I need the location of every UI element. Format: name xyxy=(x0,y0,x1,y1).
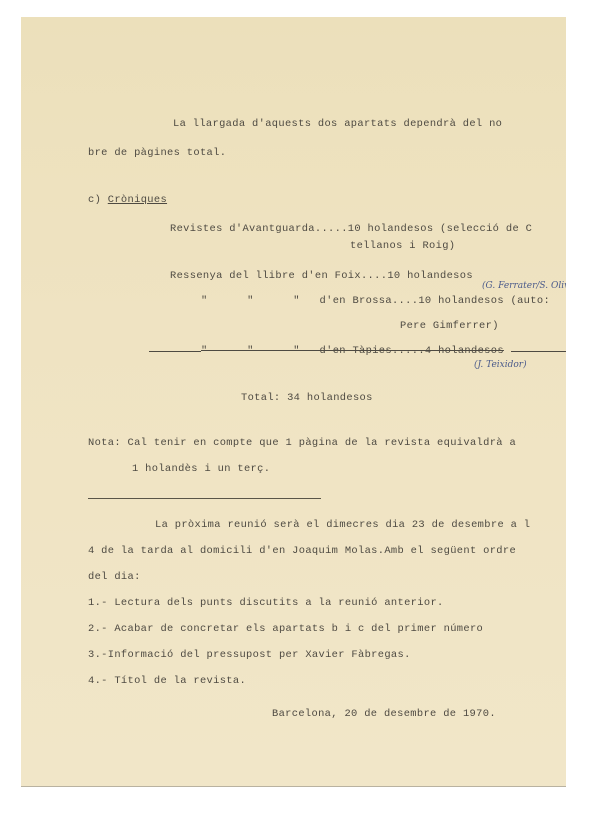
paragraph-length-line-1: La llargada d'aquests dos apartats depen… xyxy=(173,118,502,130)
agenda-item-2: 2.- Acabar de concretar els apartats b i… xyxy=(88,623,483,635)
note-line-2: 1 holandès i un terç. xyxy=(132,463,270,475)
item-revistes-line-2: tellanos i Roig) xyxy=(350,240,455,252)
item-brossa-line-1: " " " d'en Brossa....10 holandesos (auto… xyxy=(201,295,550,307)
strikethrough-lead xyxy=(149,351,201,352)
total-line: Total: 34 holandesos xyxy=(241,392,373,404)
section-label: c) xyxy=(88,194,108,206)
section-heading: c) Cròniques xyxy=(88,194,167,206)
section-title: Cròniques xyxy=(108,194,167,206)
signature-place-date: Barcelona, 20 de desembre de 1970. xyxy=(272,708,496,720)
item-foix: Ressenya del llibre d'en Foix....10 hola… xyxy=(170,270,473,282)
agenda-item-3: 3.-Informació del pressupost per Xavier … xyxy=(88,649,411,661)
handwritten-note-tapies: (J. Teixidor) xyxy=(474,360,527,370)
separator-rule xyxy=(88,498,321,499)
item-revistes-line-1: Revistes d'Avantguarda.....10 holandesos… xyxy=(170,223,532,235)
handwritten-note-foix: (G. Ferrater/S. Oliva xyxy=(482,281,566,291)
strikethrough-tail xyxy=(511,351,566,352)
agenda-item-4: 4.- Títol de la revista. xyxy=(88,675,246,687)
paragraph-length-line-2: bre de pàgines total. xyxy=(88,147,226,159)
item-tapies-struck: " " " d'en Tàpies.....4 holandesos xyxy=(201,345,504,357)
next-meeting-line-3: del dia: xyxy=(88,571,141,583)
next-meeting-line-1: La pròxima reunió serà el dimecres dia 2… xyxy=(155,519,530,531)
item-brossa-line-2: Pere Gimferrer) xyxy=(400,320,499,332)
next-meeting-line-2: 4 de la tarda al domicili d'en Joaquim M… xyxy=(88,545,516,557)
typed-document-page: La llargada d'aquests dos apartats depen… xyxy=(21,17,566,787)
note-line-1: Nota: Cal tenir en compte que 1 pàgina d… xyxy=(88,437,516,449)
agenda-item-1: 1.- Lectura dels punts discutits a la re… xyxy=(88,597,444,609)
